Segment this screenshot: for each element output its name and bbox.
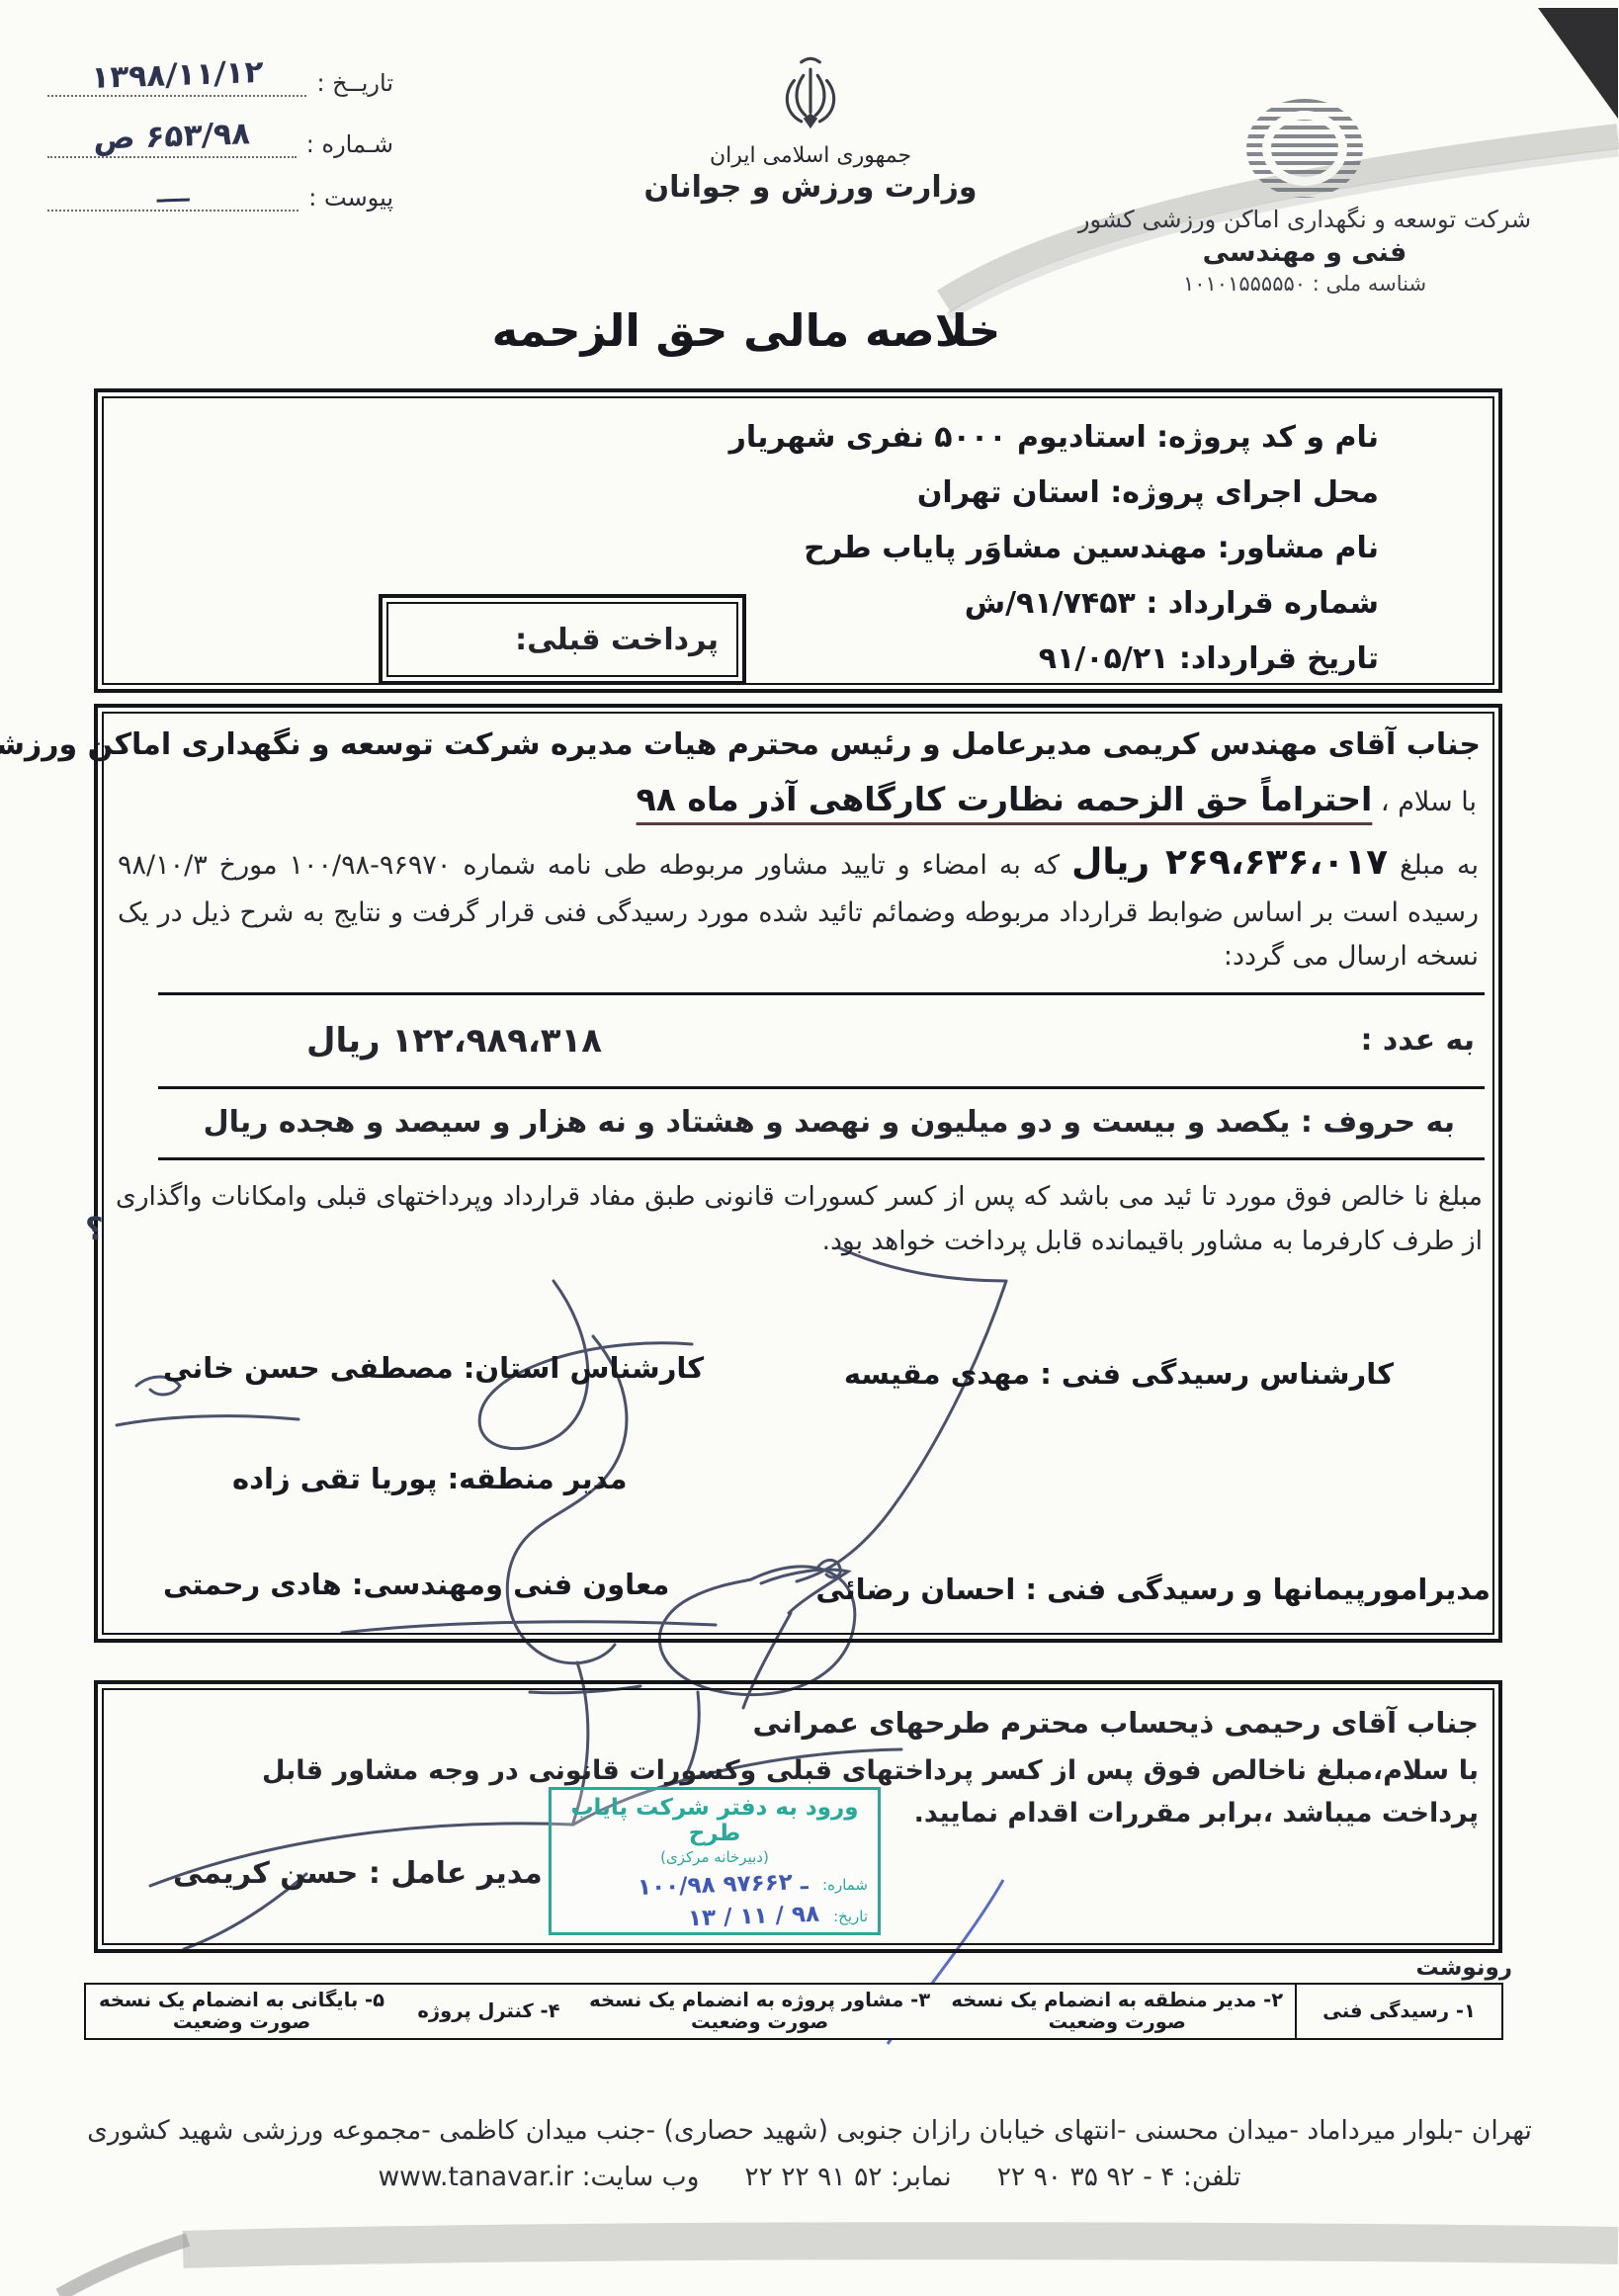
- signature-technical-review-expert: کارشناس رسیدگی فنی : مهدی مقیسه: [844, 1357, 1394, 1391]
- signature-province-expert: کارشناس استان: مصطفی حسن خانی: [163, 1351, 704, 1385]
- number-field: شـماره : ۶۵۳/۹۸ ص: [47, 119, 393, 158]
- letterhead-footer: تهران -بلوار میرداماد -میدان محسنی -انته…: [0, 2115, 1619, 2192]
- stamp-title: ورود به دفتر شرکت پایاب طرح: [561, 1795, 868, 1846]
- cc-item-technical-review: ۱- رسیدگی فنی: [1295, 1985, 1501, 2038]
- footer-address: تهران -بلوار میرداماد -میدان محسنی -انته…: [0, 2115, 1619, 2146]
- treasurer-addressee: جناب آقای رحیمی ذیحساب محترم طرحهای عمرا…: [114, 1706, 1479, 1740]
- date-handwritten-value: ۱۳۹۸/۱۱/۱۲: [91, 54, 264, 96]
- numeric-amount-label: به عدد :: [1360, 1023, 1485, 1058]
- project-name-row: نام و کد پروژه: استادیوم ۵۰۰۰ نفری شهریا…: [124, 410, 1379, 466]
- national-id-label: شناسه ملی :: [1313, 272, 1426, 296]
- cc-section-label: رونوشت: [1404, 1955, 1512, 1981]
- consultant-name-row: نام مشاور: مهندسین مشاوَر پایاب طرح: [124, 521, 1379, 576]
- numeric-amount-value: ۱۲۲،۹۸۹،۳۱۸ ریال: [306, 1021, 602, 1061]
- letterhead-center: جمهوری اسلامی ایران وزارت ورزش و جوانان: [633, 54, 988, 205]
- fax-label: نمابر:: [891, 2162, 952, 2192]
- stamp-subtitle: (دبیرخانه مرکزی): [561, 1848, 868, 1866]
- stamp-number-value: ۱۰۰/۹۸ ـ ۹۷۶۶۲: [638, 1869, 809, 1901]
- date-label: تاریــخ :: [316, 69, 393, 97]
- footer-website: وب سایت: www.tanavar.ir: [378, 2162, 699, 2192]
- handwritten-question-mark: ؟: [85, 1210, 104, 1247]
- letter-body-box: جناب آقای مهندس کریمی مدیرعامل و رئیس مح…: [94, 704, 1502, 1643]
- contract-number-row: شماره قرارداد : ۹۱/۷۴۵۳/ش: [124, 576, 1379, 632]
- company-logo-icon: [1246, 99, 1363, 198]
- footer-phone: تلفن: ۲۲ ۹۰ ۳۵ ۹۲ - ۴: [997, 2162, 1241, 2192]
- letter-body-paragraph: به مبلغ ۲۶۹،۶۳۶،۰۱۷ ریال که به امضاء و ت…: [118, 834, 1479, 978]
- page-title: خلاصه مالی حق الزحمه: [0, 304, 1492, 357]
- approval-note: مبلغ نا خالص فوق مورد تا ئید می باشد که …: [116, 1174, 1483, 1264]
- attachment-handwritten-value: ــــ: [156, 179, 190, 208]
- company-name: شرکت توسعه و نگهداری اماکن ورزشی کشور: [1043, 206, 1567, 233]
- cc-item-project-consultant: ۳- مشاور پروژه به انضمام یک نسخه صورت وض…: [580, 1985, 940, 2038]
- registry-entry-stamp: ورود به دفتر شرکت پایاب طرح (دبیرخانه مر…: [549, 1787, 881, 1935]
- body-prefix: به مبلغ: [1400, 850, 1479, 881]
- fax-value: ۲۲ ۲۲ ۹۱ ۵۲: [744, 2162, 882, 2192]
- project-location-row: محل اجرای پروژه: استان تهران: [124, 466, 1379, 521]
- attachment-label: پیوست :: [308, 184, 393, 212]
- signature-contracts-manager: مدیرامورپیمانها و رسیدگی فنی : احسان رضا…: [815, 1573, 1491, 1606]
- scanner-bottom-band: [183, 2241, 1618, 2250]
- ceo-signature-label: مدیر عامل : حسن کریمی: [173, 1856, 543, 1891]
- stamp-number-row: شماره: ۱۰۰/۹۸ ـ ۹۷۶۶۲: [561, 1872, 868, 1898]
- amount-numeric-row: به عدد : ۱۲۲،۹۸۹،۳۱۸ ریال: [158, 995, 1485, 1089]
- amount-section: به عدد : ۱۲۲،۹۸۹،۳۱۸ ریال به حروف : یکصد…: [158, 992, 1485, 1160]
- scanned-letter-page: تاریــخ : ۱۳۹۸/۱۱/۱۲ شـماره : ۶۵۳/۹۸ ص پ…: [0, 0, 1619, 2296]
- previous-payment-label: پرداخت قبلی:: [515, 623, 719, 657]
- website-label: وب سایت:: [582, 2162, 700, 2192]
- letterhead-company: شرکت توسعه و نگهداری اماکن ورزشی کشور فن…: [1043, 99, 1567, 296]
- previous-payment-box: پرداخت قبلی:: [379, 594, 746, 685]
- signature-technical-deputy: معاون فنی ومهندسی: هادی رحمتی: [163, 1568, 669, 1601]
- phone-label: تلفن:: [1183, 2162, 1241, 2192]
- salutation: با سلام ،: [1381, 787, 1477, 817]
- amount-words-row: به حروف : یکصد و بیست و دو میلیون و نهصد…: [158, 1089, 1485, 1160]
- words-amount-label: به حروف :: [1301, 1105, 1455, 1140]
- date-field: تاریــخ : ۱۳۹۸/۱۱/۱۲: [47, 57, 393, 97]
- country-name: جمهوری اسلامی ایران: [633, 143, 988, 168]
- stamp-date-value: ۱۳ / ۱۱ / ۹۸: [688, 1902, 820, 1932]
- ministry-name: وزارت ورزش و جوانان: [633, 170, 988, 205]
- company-department: فنی و مهندسی: [1043, 237, 1567, 268]
- iran-emblem-icon: [780, 54, 841, 137]
- national-id-value: ۱۰۱۰۱۵۵۵۵۵۰: [1183, 272, 1306, 296]
- words-amount-value: یکصد و بیست و دو میلیون و نهصد و هشتاد و…: [204, 1105, 1291, 1140]
- letter-subject-row: با سلام ، احتراماً حق الزحمه نظارت کارگا…: [114, 780, 1477, 818]
- letterhead-reference-fields: تاریــخ : ۱۳۹۸/۱۱/۱۲ شـماره : ۶۵۳/۹۸ ص پ…: [47, 57, 393, 233]
- footer-fax: نمابر: ۲۲ ۲۲ ۹۱ ۵۲: [744, 2162, 951, 2192]
- project-info-box: نام و کد پروژه: استادیوم ۵۰۰۰ نفری شهریا…: [94, 388, 1502, 693]
- contract-date-row: تاریخ قرارداد: ۹۱/۰۵/۲۱: [124, 632, 1379, 687]
- cc-item-archive: ۵- بایگانی به انضمام یک نسخه صورت وضعیت: [86, 1985, 397, 2038]
- footer-contacts: تلفن: ۲۲ ۹۰ ۳۵ ۹۲ - ۴ نمابر: ۲۲ ۲۲ ۹۱ ۵۲…: [0, 2162, 1619, 2192]
- scanner-bottom-tail: [59, 2240, 188, 2295]
- signature-region-manager: مدیر منطقه: پوریا تقی زاده: [232, 1462, 627, 1495]
- phone-value: ۲۲ ۹۰ ۳۵ ۹۲ - ۴: [997, 2162, 1175, 2192]
- stamp-date-label: تاریخ:: [833, 1908, 868, 1925]
- cc-item-region-manager: ۲- مدیر منطقه به انضمام یک نسخه صورت وضع…: [940, 1985, 1295, 2038]
- stamp-number-label: شماره:: [822, 1876, 868, 1894]
- attachment-field: پیوست : ــــ: [47, 180, 393, 212]
- gross-amount: ۲۶۹،۶۳۶،۰۱۷ ریال: [1071, 842, 1388, 883]
- website-value: www.tanavar.ir: [378, 2162, 573, 2192]
- letter-subject: احتراماً حق الزحمه نظارت کارگاهی آذر ماه…: [637, 780, 1373, 818]
- payment-order-box: جناب آقای رحیمی ذیحساب محترم طرحهای عمرا…: [94, 1680, 1502, 1953]
- cc-item-project-control: ۴- کنترل پروژه: [397, 1985, 580, 2038]
- stamp-date-row: تاریخ: ۱۳ / ۱۱ / ۹۸: [561, 1904, 868, 1929]
- national-id: شناسه ملی : ۱۰۱۰۱۵۵۵۵۵۰: [1043, 272, 1567, 296]
- letter-addressee: جناب آقای مهندس کریمی مدیرعامل و رئیس مح…: [114, 727, 1481, 762]
- cc-distribution-table: ۱- رسیدگی فنی ۲- مدیر منطقه به انضمام یک…: [84, 1983, 1503, 2040]
- number-label: شـماره :: [306, 130, 393, 158]
- number-handwritten-value: ۶۵۳/۹۸ ص: [93, 116, 251, 157]
